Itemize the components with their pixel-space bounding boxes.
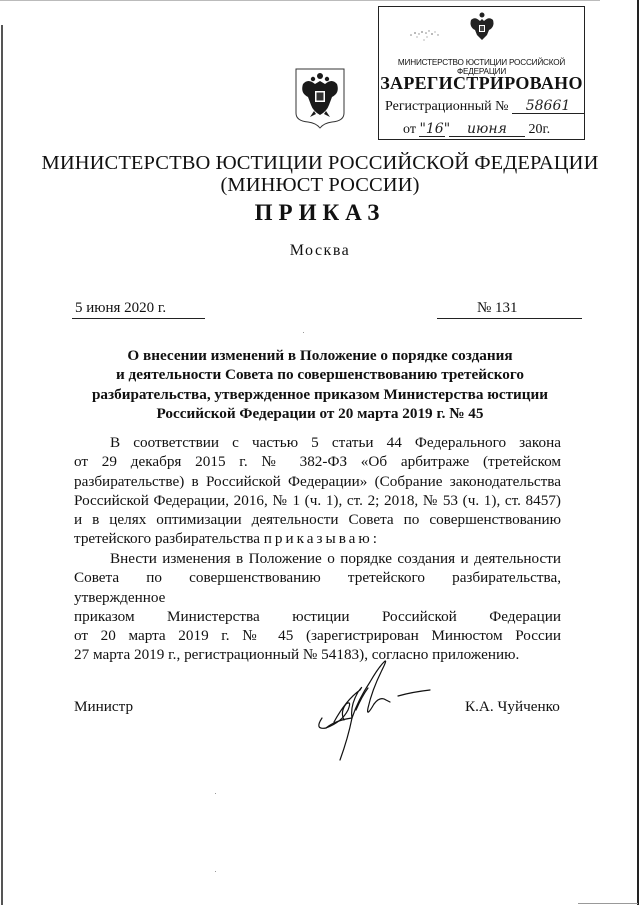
stamp-day: "16" bbox=[419, 122, 445, 137]
stamp-date: от "16" июня 20г. bbox=[403, 122, 550, 138]
city: Москва bbox=[0, 242, 640, 260]
signer-position: Министр bbox=[74, 698, 133, 716]
subject-line: и деятельности Совета по совершенствован… bbox=[0, 365, 640, 384]
stamp-title: ЗАРЕГИСТРИРОВАНО bbox=[379, 73, 584, 94]
body-line: В соответствии с частью 5 статьи 44 Феде… bbox=[74, 433, 561, 452]
subject-line: О внесении изменений в Положение о поряд… bbox=[0, 346, 640, 365]
body-line-text: третейского разбирательства bbox=[74, 530, 260, 547]
stamp-registration: Регистрационный № 58661 bbox=[385, 99, 584, 115]
stamp-year: 20г. bbox=[528, 122, 550, 137]
ministry-title-line2: (МИНЮСТ РОССИИ) bbox=[0, 174, 640, 196]
document-type: ПРИКАЗ bbox=[0, 200, 640, 226]
stamp-date-prefix: от bbox=[403, 122, 416, 137]
subject-line: разбирательства, утвержденное приказом М… bbox=[0, 385, 640, 404]
body-line: разбирательстве) в Российской Федерации»… bbox=[74, 472, 561, 491]
coat-of-arms-icon bbox=[294, 67, 346, 129]
body-line: и в целях оптимизации деятельности Совет… bbox=[74, 510, 561, 529]
page-edge-right bbox=[637, 0, 639, 905]
scan-speck bbox=[303, 332, 304, 333]
scan-speck bbox=[215, 793, 216, 794]
order-number: № 131 bbox=[437, 300, 582, 319]
stamp-reg-label: Регистрационный № bbox=[385, 99, 509, 114]
body-line: приказом Министерства юстиции Российской… bbox=[74, 607, 561, 626]
body-line: от 29 декабря 2015 г. № 382-ФЗ «Об арбит… bbox=[74, 452, 561, 471]
subject-line: Российской Федерации от 20 марта 2019 г.… bbox=[0, 404, 640, 423]
ministry-title-line1: МИНИСТЕРСТВО ЮСТИЦИИ РОССИЙСКОЙ ФЕДЕРАЦИ… bbox=[0, 152, 640, 174]
body-paragraph-preamble: В соответствии с частью 5 статьи 44 Феде… bbox=[74, 433, 561, 549]
body-line: от 20 марта 2019 г. № 45 (зарегистрирова… bbox=[74, 626, 561, 645]
page-edge-bottom bbox=[578, 903, 638, 904]
scan-speck bbox=[215, 871, 216, 872]
ministry-title: МИНИСТЕРСТВО ЮСТИЦИИ РОССИЙСКОЙ ФЕДЕРАЦИ… bbox=[0, 152, 640, 196]
body-line: Российской Федерации, 2016, № 1 (ч. 1), … bbox=[74, 491, 561, 510]
order-subject: О внесении изменений в Положение о поряд… bbox=[0, 346, 640, 423]
stamp-reg-number: 58661 bbox=[512, 99, 584, 114]
stamp-month: июня bbox=[449, 122, 525, 137]
body-line: Внести изменения в Положение о порядке с… bbox=[74, 549, 561, 568]
body-line-last: третейского разбирательства приказываю: bbox=[74, 529, 561, 548]
page-edge-top bbox=[0, 0, 600, 1]
signer-name: К.А. Чуйченко bbox=[465, 698, 560, 716]
body-line: Совета по совершенствованию третейского … bbox=[74, 568, 561, 607]
order-word: приказываю: bbox=[264, 530, 380, 547]
body-paragraph-directive: Внести изменения в Положение о порядке с… bbox=[74, 549, 561, 665]
registration-stamp: МИНИСТЕРСТВО ЮСТИЦИИ РОССИЙСКОЙ ФЕДЕРАЦИ… bbox=[378, 6, 585, 140]
stamp-scribble-icon bbox=[407, 27, 443, 41]
double-headed-eagle-icon bbox=[467, 11, 497, 45]
order-date: 5 июня 2020 г. bbox=[72, 300, 205, 319]
handwritten-signature-icon bbox=[312, 660, 452, 770]
